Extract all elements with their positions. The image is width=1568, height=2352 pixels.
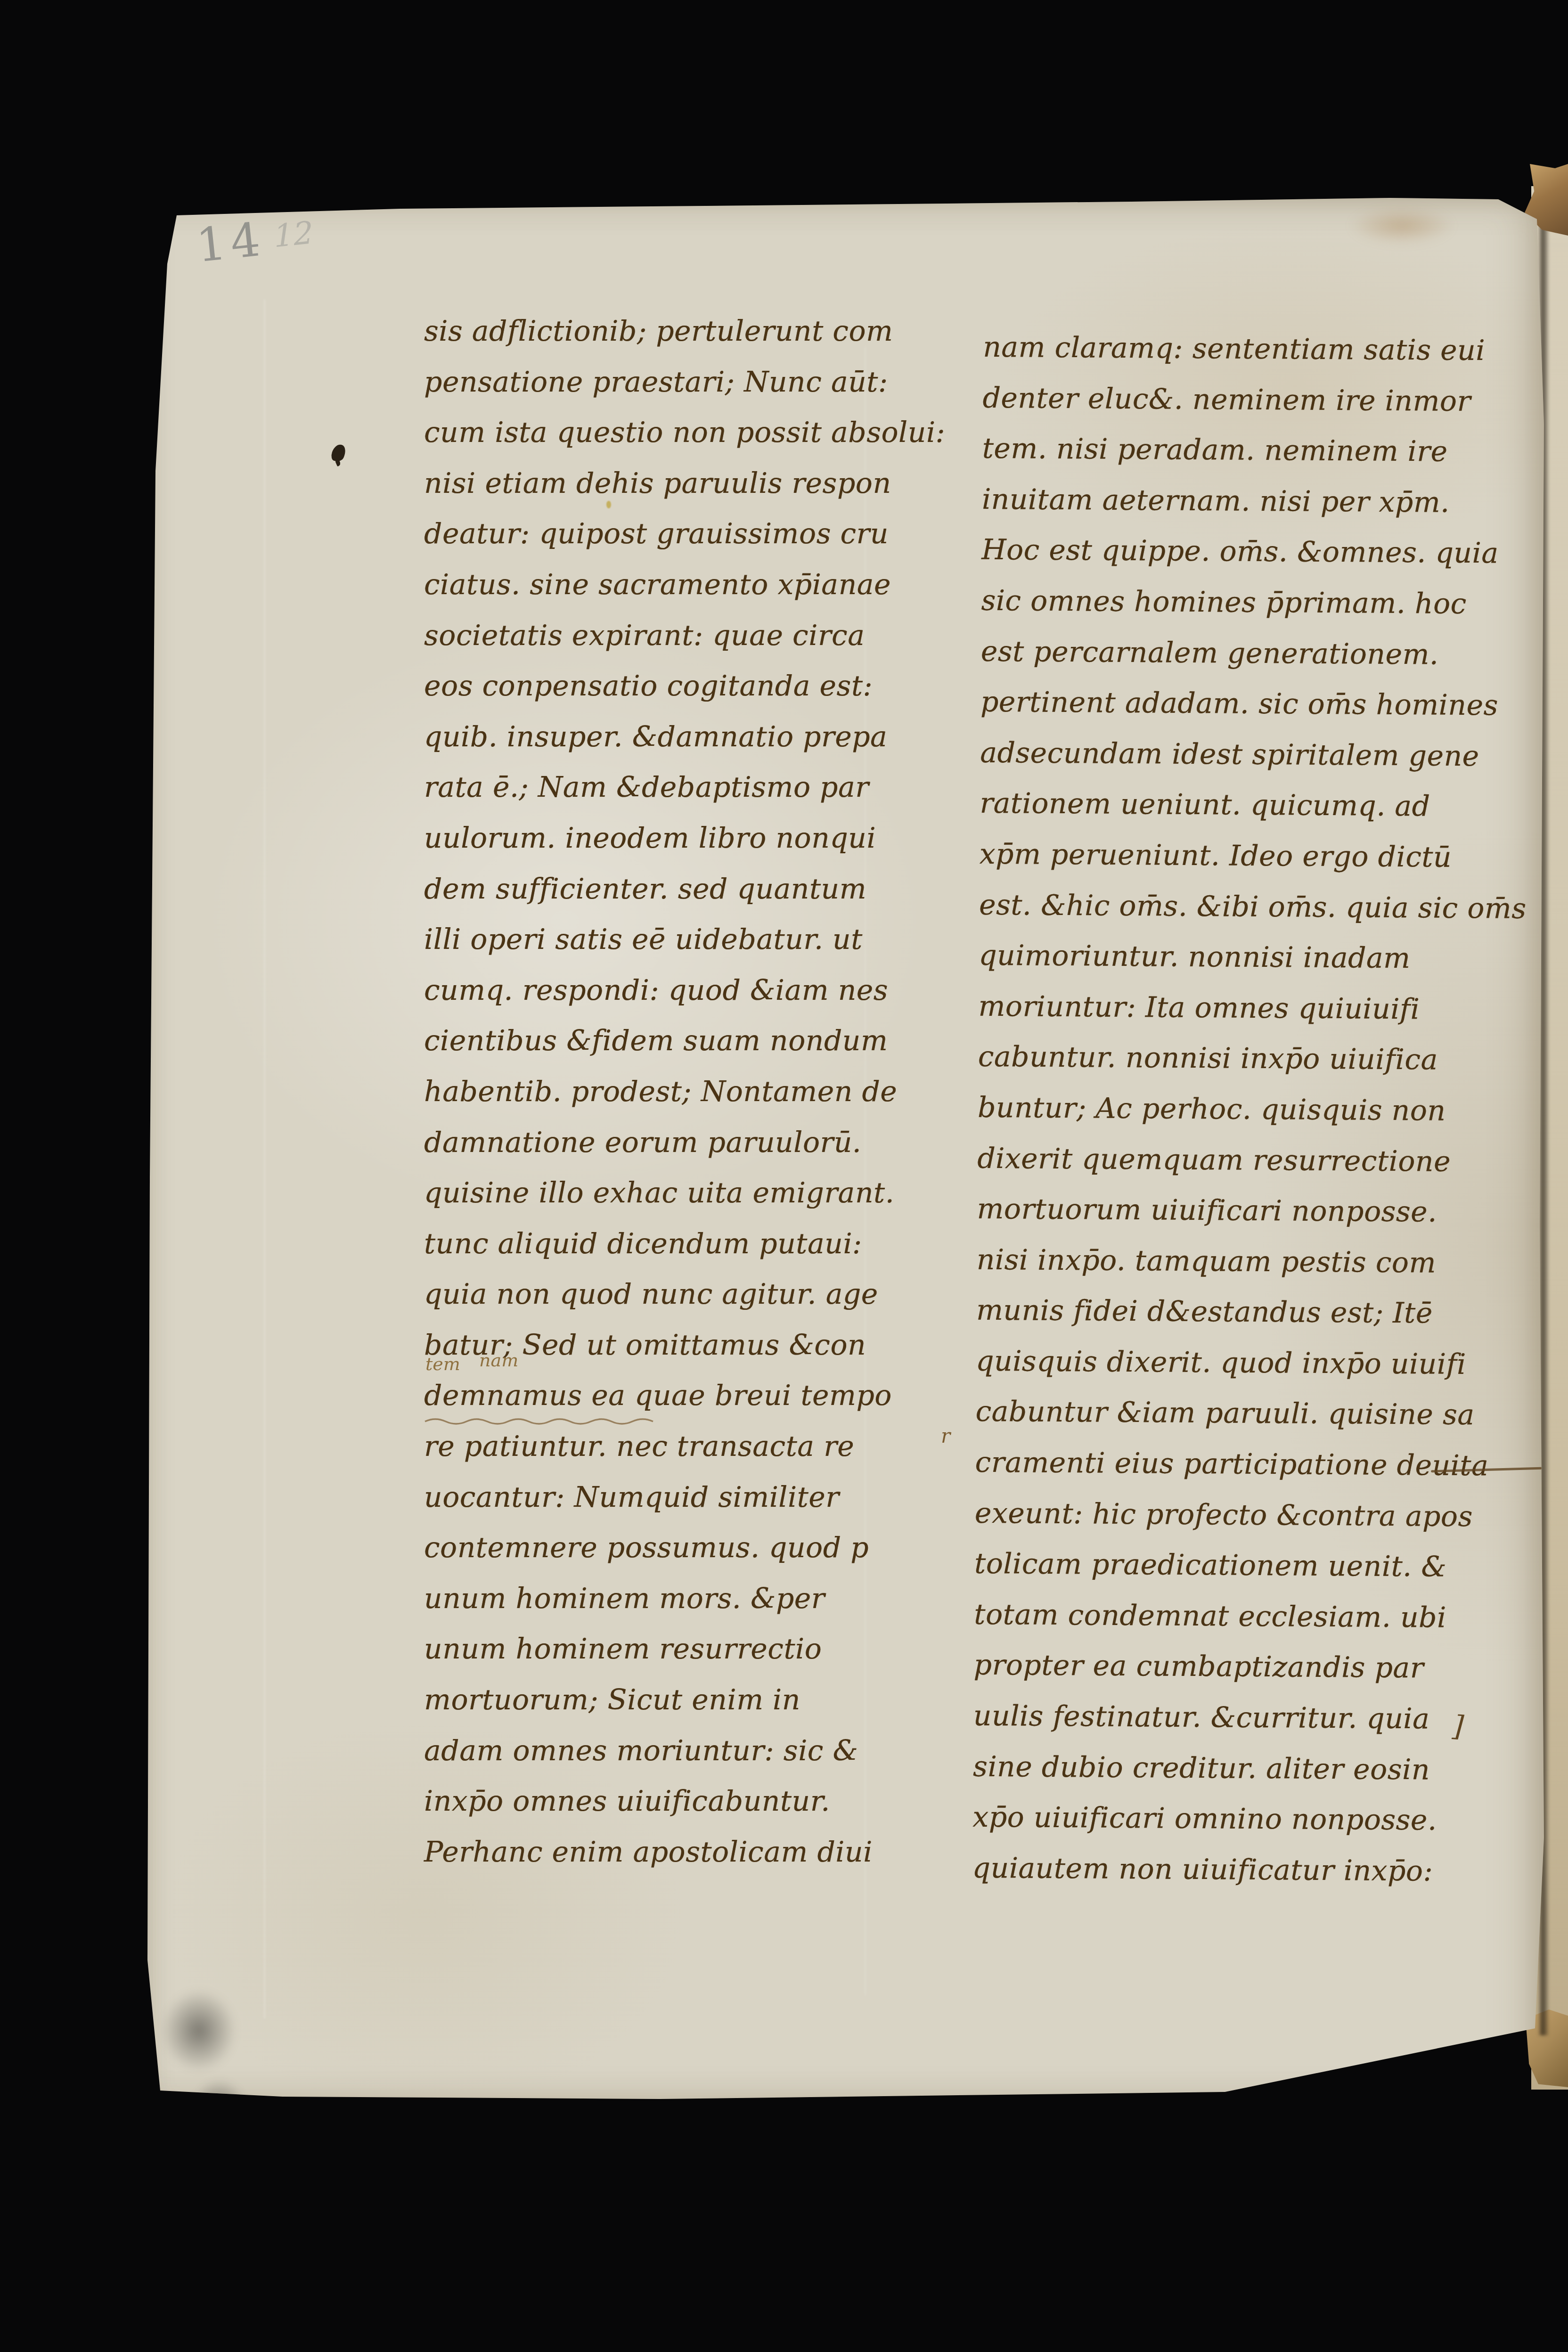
interlinear-gloss-tem: tem (425, 1354, 460, 1374)
manuscript-line: cientibus &fidem suam nondum (424, 1016, 961, 1067)
parchment-fold-line (264, 299, 265, 2019)
manuscript-line: demnamus ea quae breui tempo (424, 1371, 961, 1421)
foliation-secondary-mark: 12 (271, 214, 316, 255)
manuscript-line: Hoc est quippe. om̄s. &omnes. quia (981, 525, 1552, 580)
manuscript-line: munis fidei d&estandus est; Itē (976, 1285, 1547, 1340)
manuscript-line: Perhanc enim apostolicam diui (424, 1827, 961, 1878)
manuscript-line: sis adflictionib; pertulerunt com (424, 306, 961, 357)
stain-bottom-left (181, 2068, 257, 2153)
manuscript-line: rata ē.; Nam &debaptismo par (424, 762, 961, 813)
manuscript-line: eos conpensatio cogitanda est: (424, 661, 961, 712)
manuscript-line: xp̄m perueniunt. Ideo ergo dictū (979, 829, 1550, 884)
marginal-bracket-mark: ] (1452, 1709, 1465, 1743)
manuscript-line: cum ista questio non possit absolui: (424, 408, 961, 458)
manuscript-line: tunc aliquid dicendum putaui: (424, 1219, 961, 1270)
manuscript-line: inuitam aeternam. nisi per xp̄m. (982, 474, 1552, 529)
manuscript-line: re patiuntur. nec transacta re (424, 1421, 961, 1472)
text-column-left: sis adflictionib; pertulerunt compensati… (424, 306, 961, 1878)
manuscript-line: uulorum. ineodem libro nonqui (424, 813, 961, 864)
manuscript-line: moriuntur: Ita omnes quiuiuifi (978, 981, 1549, 1036)
manuscript-line: societatis expirant: quae circa (424, 611, 961, 661)
manuscript-line: denter eluc&. neminem ire inmor (982, 373, 1553, 427)
manuscript-line: deatur: quipost grauissimos cru (424, 509, 961, 560)
manuscript-line: cumq. respondi: quod &iam nes (424, 965, 961, 1016)
manuscript-line: contemnere possumus. quod p (424, 1523, 961, 1574)
manuscript-line: dixerit quemquam resurrectione (977, 1133, 1548, 1188)
manuscript-line: sic omnes homines p̄primam. hoc (981, 576, 1552, 630)
photo-backdrop: 1412 sis adflictionib; pertulerunt compe… (0, 0, 1568, 2352)
manuscript-line: quimoriuntur. nonnisi inadam (979, 931, 1549, 985)
manuscript-line: ciatus. sine sacramento xp̄ianae (424, 560, 961, 611)
manuscript-line: pensatione praestari; Nunc aūt: (424, 357, 961, 408)
manuscript-line: quiautem non uiuificatur inxp̄o: (972, 1843, 1543, 1898)
manuscript-line: nam claramq: sententiam satis eui (983, 322, 1553, 377)
manuscript-line: adsecundam idest spiritalem gene (980, 728, 1551, 783)
manuscript-line: cramenti eius participatione deuita (975, 1437, 1545, 1492)
manuscript-line: pertinent adadam. sic om̄s homines (980, 677, 1551, 732)
text-column-right: nam claramq: sententiam satis euidenter … (972, 322, 1553, 1898)
manuscript-line: cabuntur. nonnisi inxp̄o uiuifica (978, 1032, 1548, 1086)
manuscript-line: adam omnes moriuntur: sic & (424, 1726, 961, 1777)
manuscript-line: mortuorum; Sicut enim in (424, 1675, 961, 1726)
manuscript-page: 1412 sis adflictionib; pertulerunt compe… (144, 196, 1548, 2106)
manuscript-line: mortuorum uiuificari nonposse. (977, 1184, 1547, 1239)
manuscript-line: est percarnalem generationem. (980, 626, 1551, 681)
manuscript-line: rationem ueniunt. quicumq. ad (980, 778, 1550, 833)
manuscript-line: totam condemnat ecclesiam. ubi (974, 1590, 1544, 1644)
foliation-number: 14 (194, 212, 268, 273)
manuscript-line: exeunt: hic profecto &contra apos (975, 1488, 1545, 1543)
manuscript-line: habentib. prodest; Nontamen de (424, 1067, 961, 1118)
manuscript-line: quib. insuper. &damnatio prepa (424, 712, 961, 763)
manuscript-line: tolicam praedicationem uenit. & (974, 1539, 1545, 1593)
stain-bottom-left (149, 1976, 248, 2085)
manuscript-line: nisi etiam dehis paruulis respon (424, 458, 961, 509)
manuscript-line: tem. nisi peradam. neminem ire (982, 424, 1552, 478)
manuscript-line: quisquis dixerit. quod inxp̄o uiuifi (976, 1336, 1546, 1391)
manuscript-line: propter ea cumbaptizandis par (973, 1640, 1544, 1695)
manuscript-line: quia non quod nunc agitur. age (424, 1269, 961, 1320)
manuscript-line: sine dubio creditur. aliter eosin (973, 1741, 1543, 1796)
manuscript-line: unum hominem mors. &per (424, 1574, 961, 1625)
manuscript-line: quisine illo exhac uita emigrant. (424, 1168, 961, 1219)
manuscript-line: unum hominem resurrectio (424, 1624, 961, 1675)
manuscript-line: damnatione eorum paruulorū. (424, 1118, 961, 1168)
marginal-correction-letter: r (941, 1424, 950, 1447)
manuscript-line: illi operi satis eē uidebatur. ut (424, 915, 961, 965)
interlinear-gloss-nam: nam (479, 1350, 518, 1371)
manuscript-line: dem sufficienter. sed quantum (424, 864, 961, 915)
manuscript-line: cabuntur &iam paruuli. quisine sa (975, 1387, 1546, 1441)
manuscript-line: buntur; Ac perhoc. quisquis non (978, 1083, 1548, 1137)
manuscript-line: uocantur: Numquid similiter (424, 1472, 961, 1523)
manuscript-line: nisi inxp̄o. tamquam pestis com (976, 1234, 1547, 1289)
pencil-foliation: 1412 (194, 208, 314, 273)
manuscript-line: est. &hic om̄s. &ibi om̄s. quia sic om̄s (979, 880, 1550, 934)
stain-top-edge (1336, 202, 1468, 249)
correction-underline (424, 1417, 674, 1426)
manuscript-line: inxp̄o omnes uiuificabuntur. (424, 1776, 961, 1827)
manuscript-line: xp̄o uiuificari omnino nonposse. (972, 1792, 1543, 1847)
